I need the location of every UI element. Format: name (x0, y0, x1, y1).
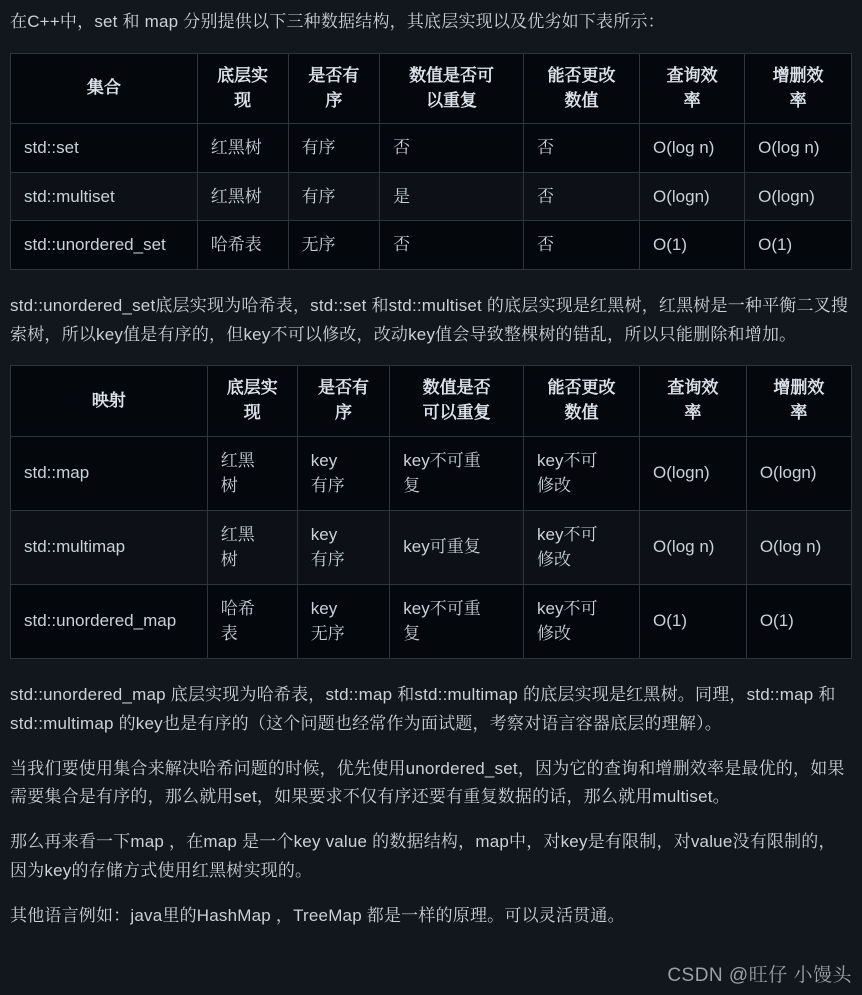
column-header: 数值是否可以重复 (380, 53, 524, 123)
table-cell: O(1) (640, 221, 745, 270)
table-cell: 红黑树 (197, 124, 288, 173)
table-cell: 否 (380, 221, 524, 270)
table-cell: 红黑树 (207, 436, 297, 510)
map-usage-paragraph: 那么再来看一下map ，在map 是一个key value 的数据结构，map中… (10, 828, 852, 886)
table-cell: std::map (11, 436, 208, 510)
table-cell: 无序 (288, 221, 380, 270)
table-row: std::unordered_set哈希表无序否否O(1)O(1) (11, 221, 852, 270)
map-table-header: 映射底层实现是否有序数值是否可以重复能否更改数值查询效率增删效率 (11, 366, 852, 436)
table-cell: 有序 (288, 124, 380, 173)
column-header: 数值是否可以重复 (390, 366, 524, 436)
table-cell: std::multiset (11, 172, 198, 221)
table-row: std::multimap红黑树key有序key可重复key不可修改O(log … (11, 510, 852, 584)
table-cell: 是 (380, 172, 524, 221)
other-languages-paragraph: 其他语言例如：java里的HashMap ，TreeMap 都是一样的原理。可以… (10, 902, 852, 931)
column-header: 能否更改数值 (523, 53, 639, 123)
table-cell: O(logn) (745, 172, 852, 221)
column-header: 是否有序 (297, 366, 390, 436)
map-comparison-table: 映射底层实现是否有序数值是否可以重复能否更改数值查询效率增删效率 std::ma… (10, 365, 852, 658)
column-header: 底层实现 (197, 53, 288, 123)
table-row: std::multiset红黑树有序是否O(logn)O(logn) (11, 172, 852, 221)
watermark: CSDN @旺仔 小馒头 (667, 960, 852, 987)
table-cell: key不可修改 (523, 584, 639, 658)
column-header: 增删效率 (746, 366, 851, 436)
table-cell: std::multimap (11, 510, 208, 584)
table-cell: O(logn) (746, 436, 851, 510)
set-explanation-paragraph: std::unordered_set底层实现为哈希表，std::set 和std… (10, 292, 852, 350)
table-header-row: 映射底层实现是否有序数值是否可以重复能否更改数值查询效率增删效率 (11, 366, 852, 436)
map-table-body: std::map红黑树key有序key不可重复key不可修改O(logn)O(l… (11, 436, 852, 658)
table-cell: key不可修改 (523, 436, 639, 510)
table-cell: key不可修改 (523, 510, 639, 584)
table-cell: key有序 (297, 510, 390, 584)
table-cell: key可重复 (390, 510, 524, 584)
table-cell: O(1) (640, 584, 747, 658)
table-cell: std::unordered_map (11, 584, 208, 658)
table-cell: O(log n) (745, 124, 852, 173)
column-header: 映射 (11, 366, 208, 436)
column-header: 能否更改数值 (523, 366, 639, 436)
table-cell: O(log n) (640, 124, 745, 173)
table-cell: key有序 (297, 436, 390, 510)
table-row: std::unordered_map哈希表key无序key不可重复key不可修改… (11, 584, 852, 658)
table-cell: O(1) (745, 221, 852, 270)
table-cell: 否 (523, 221, 639, 270)
table-cell: 有序 (288, 172, 380, 221)
table-cell: key不可重复 (390, 436, 524, 510)
table-cell: 红黑树 (207, 510, 297, 584)
table-row: std::set红黑树有序否否O(log n)O(log n) (11, 124, 852, 173)
column-header: 查询效率 (640, 366, 747, 436)
table-cell: key不可重复 (390, 584, 524, 658)
article-page: 在C++中，set 和 map 分别提供以下三种数据结构，其底层实现以及优劣如下… (10, 8, 852, 931)
table-cell: 否 (523, 172, 639, 221)
table-cell: key无序 (297, 584, 390, 658)
table-header-row: 集合底层实现是否有序数值是否可以重复能否更改数值查询效率增删效率 (11, 53, 852, 123)
map-explanation-paragraph: std::unordered_map 底层实现为哈希表，std::map 和st… (10, 681, 852, 739)
table-cell: std::unordered_set (11, 221, 198, 270)
column-header: 查询效率 (640, 53, 745, 123)
table-cell: O(logn) (640, 436, 747, 510)
table-cell: O(1) (746, 584, 851, 658)
table-cell: O(logn) (640, 172, 745, 221)
set-usage-paragraph: 当我们要使用集合来解决哈希问题的时候，优先使用unordered_set，因为它… (10, 755, 852, 813)
set-table-body: std::set红黑树有序否否O(log n)O(log n)std::mult… (11, 124, 852, 270)
column-header: 底层实现 (207, 366, 297, 436)
table-cell: 哈希表 (207, 584, 297, 658)
table-cell: 否 (380, 124, 524, 173)
table-cell: 红黑树 (197, 172, 288, 221)
table-cell: std::set (11, 124, 198, 173)
column-header: 增删效率 (745, 53, 852, 123)
table-row: std::map红黑树key有序key不可重复key不可修改O(logn)O(l… (11, 436, 852, 510)
set-table-header: 集合底层实现是否有序数值是否可以重复能否更改数值查询效率增删效率 (11, 53, 852, 123)
intro-paragraph: 在C++中，set 和 map 分别提供以下三种数据结构，其底层实现以及优劣如下… (10, 8, 852, 37)
set-comparison-table: 集合底层实现是否有序数值是否可以重复能否更改数值查询效率增删效率 std::se… (10, 53, 852, 270)
table-cell: O(log n) (746, 510, 851, 584)
table-cell: 哈希表 (197, 221, 288, 270)
column-header: 集合 (11, 53, 198, 123)
table-cell: O(log n) (640, 510, 747, 584)
column-header: 是否有序 (288, 53, 380, 123)
table-cell: 否 (523, 124, 639, 173)
